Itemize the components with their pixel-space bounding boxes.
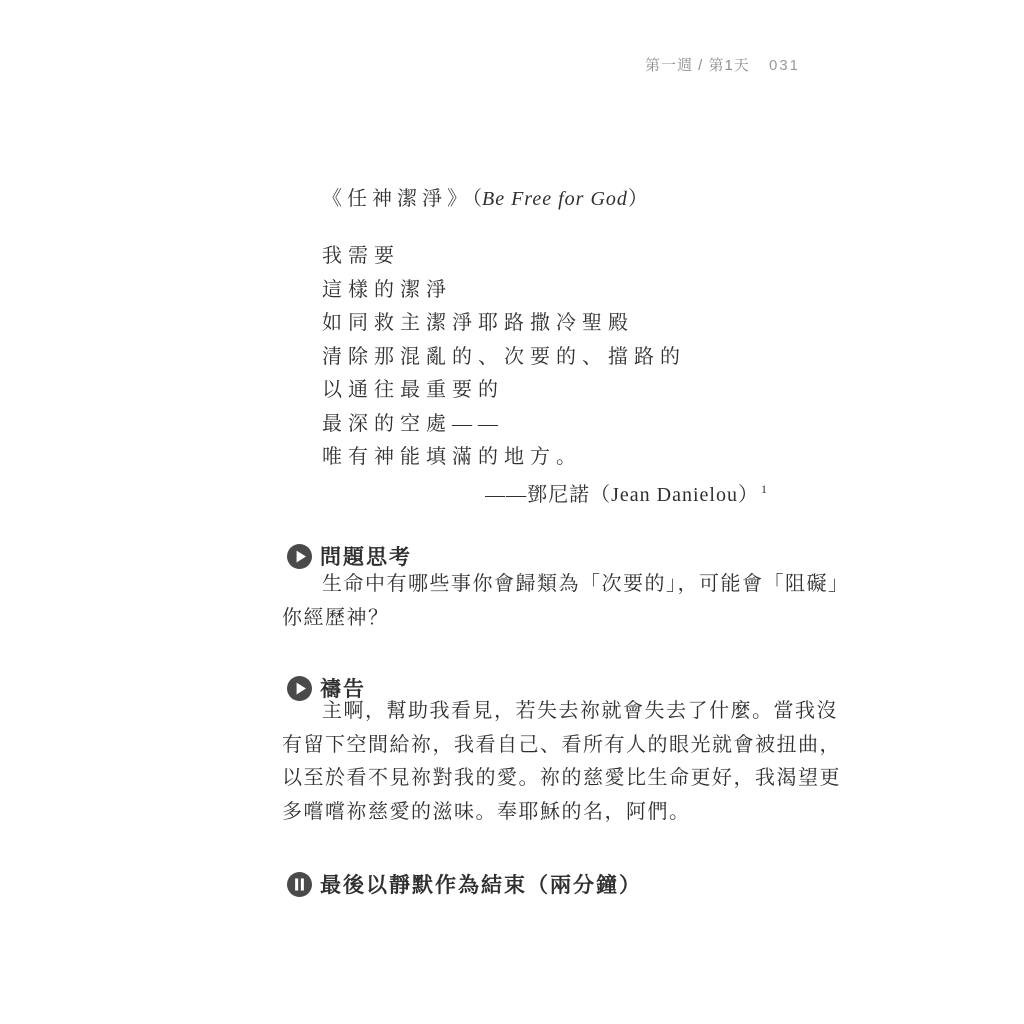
paragraph-line: 有留下空間給祢，我看自己、看所有人的眼光就會被扭曲， — [282, 729, 872, 763]
page-number: 031 — [769, 57, 800, 74]
section-label: 第一週 / 第1天 — [645, 57, 750, 74]
book-page: 第一週 / 第1天 031 《任神潔淨》（Be Free for God） 我需… — [0, 0, 1024, 1024]
poem-line: 清除那混亂的、次要的、擋路的 — [322, 341, 686, 375]
paragraph-line: 主啊，幫助我看見，若失去祢就會失去了什麼。當我沒 — [282, 695, 872, 729]
pause-icon — [287, 872, 312, 897]
poem-line: 以通往最重要的 — [322, 374, 686, 408]
prayer-paragraph: 主啊，幫助我看見，若失去祢就會失去了什麼。當我沒 有留下空間給祢，我看自己、看所… — [282, 695, 872, 829]
running-head: 第一週 / 第1天 031 — [645, 54, 800, 75]
section-heading-reflection: 問題思考 — [287, 541, 412, 571]
reflection-paragraph: 生命中有哪些事你會歸類為「次要的」，可能會「阻礙」 你經歷神？ — [282, 568, 872, 635]
paragraph-line: 多嚐嚐祢慈愛的滋味。奉耶穌的名，阿們。 — [282, 796, 872, 830]
poem-line: 最深的空處—— — [322, 408, 686, 442]
section-heading-label: 問題思考 — [320, 541, 412, 571]
paragraph-line: 你經歷神？ — [282, 602, 872, 636]
paren-close: ） — [628, 188, 648, 210]
poem-title: 《任神潔淨》（Be Free for God） — [322, 182, 648, 211]
section-heading-closing: 最後以靜默作為結束（兩分鐘） — [287, 869, 642, 899]
poem-title-english: Be Free for God — [482, 188, 628, 210]
poem-line: 我需要 — [322, 240, 686, 274]
poem-body: 我需要 這樣的潔淨 如同救主潔淨耶路撒冷聖殿 清除那混亂的、次要的、擋路的 以通… — [322, 240, 686, 475]
poem-line: 唯有神能填滿的地方。 — [322, 441, 686, 475]
poem-attribution: ——鄧尼諾（Jean Danielou）1 — [282, 478, 768, 507]
poem-line: 這樣的潔淨 — [322, 274, 686, 308]
attribution-text: ——鄧尼諾（Jean Danielou） — [485, 484, 759, 506]
paren-open: （ — [472, 188, 482, 210]
paragraph-line: 以至於看不見祢對我的愛。祢的慈愛比生命更好，我渴望更 — [282, 762, 872, 796]
paragraph-line: 生命中有哪些事你會歸類為「次要的」，可能會「阻礙」 — [282, 568, 872, 602]
poem-line: 如同救主潔淨耶路撒冷聖殿 — [322, 307, 686, 341]
footnote-reference: 1 — [761, 482, 768, 496]
play-icon — [287, 544, 312, 569]
section-heading-label: 最後以靜默作為結束（兩分鐘） — [320, 869, 642, 899]
poem-title-cjk: 《任神潔淨》 — [322, 188, 472, 210]
